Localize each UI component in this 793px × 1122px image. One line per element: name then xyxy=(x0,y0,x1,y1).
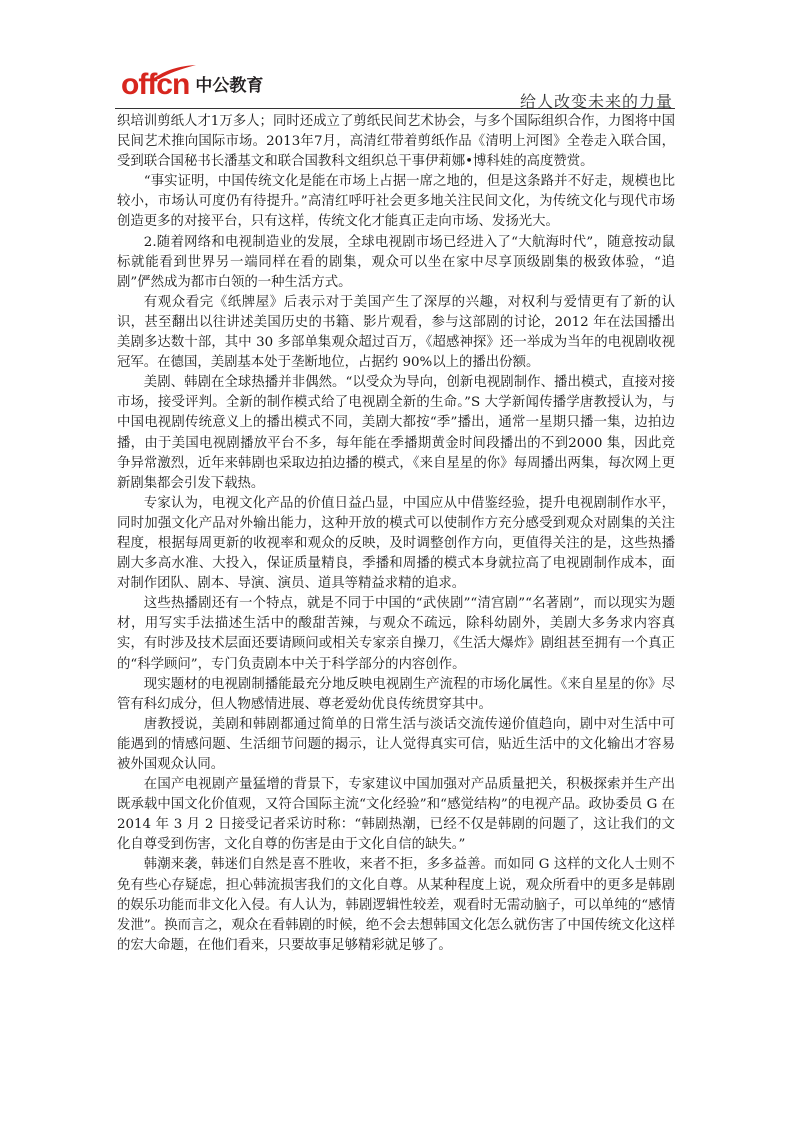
paragraph: 韩潮来袭，韩迷们自然是喜不胜收，来者不拒，多多益善。而如同 G 这样的文化人士则… xyxy=(117,855,675,955)
paragraph: 唐教授说，美剧和韩剧都通过简单的日常生活与淡话交流传递价值趋向，剧中对生活中可能… xyxy=(117,715,675,775)
paragraph: “事实证明，中国传统文化是能在市场上占据一席之地的，但是这条路并不好走，规模也比… xyxy=(117,172,675,232)
paragraph: 美剧、韩剧在全球热播并非偶然。“以受众为导向，创新电视剧制作、播出模式，直接对接… xyxy=(117,373,675,494)
logo-swoosh-icon xyxy=(151,64,197,80)
paragraph: 织培训剪纸人才1万多人；同时还成立了剪纸民间艺术协会，与多个国际组织合作，力图将… xyxy=(117,112,675,172)
header-divider xyxy=(115,108,675,109)
article-body: 织培训剪纸人才1万多人；同时还成立了剪纸民间艺术协会，与多个国际组织合作，力图将… xyxy=(117,112,675,956)
paragraph: 有观众看完《纸牌屋》后表示对于美国产生了深厚的兴趣，对权利与爱情更有了新的认识，… xyxy=(117,293,675,373)
paragraph: 这些热播剧还有一个特点，就是不同于中国的“武侠剧”“清宫剧”“名著剧”，而以现实… xyxy=(117,594,675,674)
logo-chinese-name: 中公教育 xyxy=(195,73,263,99)
paragraph: 专家认为，电视文化产品的价值日益凸显，中国应从中借鉴经验，提升电视剧制作水平，同… xyxy=(117,494,675,594)
paragraph: 现实题材的电视剧制播能最充分地反映电视剧生产流程的市场化属性。《来自星星的你》尽… xyxy=(117,675,675,715)
page-header: offcn 中公教育 给人改变未来的力量 xyxy=(115,60,675,110)
paragraph: 2.随着网络和电视制造业的发展，全球电视剧市场已经进入了“大航海时代”，随意按动… xyxy=(117,233,675,293)
brand-logo: offcn 中公教育 xyxy=(121,65,263,99)
paragraph: 在国产电视剧产量猛增的背景下，专家建议中国加强对产品质量把关，积极探索并生产出既… xyxy=(117,775,675,855)
logo-wordmark: offcn xyxy=(121,71,189,99)
